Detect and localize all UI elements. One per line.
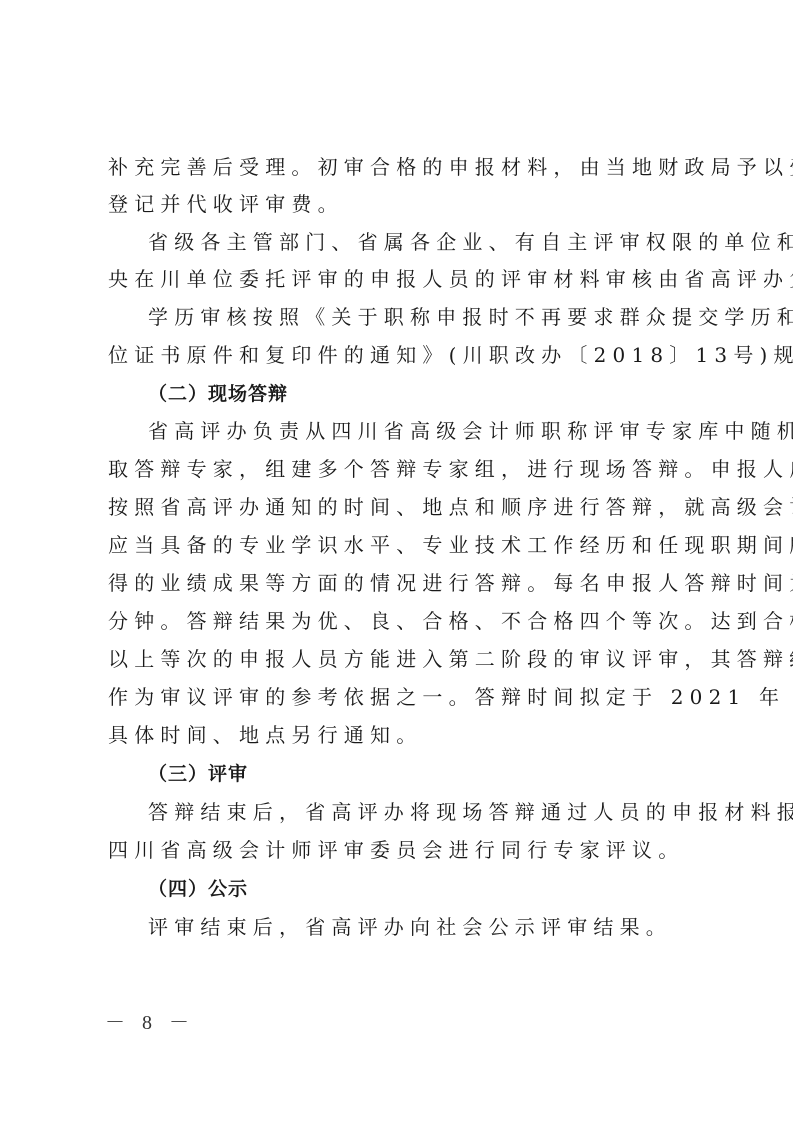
- document-page: 补充完善后受理。初审合格的申报材料，由当地财政局予以受理、 登记并代收评审费。 …: [0, 0, 793, 1123]
- paragraph-line: 补充完善后受理。初审合格的申报材料，由当地财政局予以受理、: [108, 155, 708, 179]
- paragraph-line: 取答辩专家，组建多个答辩专家组，进行现场答辩。申报人应当: [108, 457, 708, 481]
- section-heading: （四）公示: [148, 877, 748, 901]
- paragraph-line: 分钟。答辩结果为优、良、合格、不合格四个等次。达到合格及: [108, 609, 708, 633]
- paragraph-line: 位证书原件和复印件的通知》(川职改办〔2018〕13号)规定执行。: [108, 343, 708, 367]
- section-heading: （二）现场答辩: [148, 382, 748, 406]
- paragraph-line: 具体时间、地点另行通知。: [108, 723, 708, 747]
- paragraph-line: 按照省高评办通知的时间、地点和顺序进行答辩，就高级会计师: [108, 495, 708, 519]
- page-number: － 8 －: [105, 1006, 195, 1035]
- paragraph-line: 省级各主管部门、省属各企业、有自主评审权限的单位和中: [148, 230, 748, 254]
- paragraph-line: 登记并代收评审费。: [108, 192, 708, 216]
- paragraph-line: 应当具备的专业学识水平、专业技术工作经历和任现职期间所取: [108, 533, 708, 557]
- section-heading: （三）评审: [148, 762, 748, 786]
- paragraph-line: 四川省高级会计师评审委员会进行同行专家评议。: [108, 838, 708, 862]
- paragraph-line: 得的业绩成果等方面的情况进行答辩。每名申报人答辩时间为 15: [108, 571, 708, 595]
- paragraph-line: 以上等次的申报人员方能进入第二阶段的审议评审，其答辩结果: [108, 647, 708, 671]
- paragraph-line: 作为审议评审的参考依据之一。答辩时间拟定于 2021 年 4 月底，: [108, 685, 708, 709]
- paragraph-line: 评审结束后，省高评办向社会公示评审结果。: [148, 915, 748, 939]
- paragraph-line: 央在川单位委托评审的申报人员的评审材料审核由省高评办负责。: [108, 267, 708, 291]
- paragraph-line: 省高评办负责从四川省高级会计师职称评审专家库中随机抽: [148, 419, 748, 443]
- paragraph-line: 答辩结束后，省高评办将现场答辩通过人员的申报材料报送: [148, 800, 748, 824]
- paragraph-line: 学历审核按照《关于职称申报时不再要求群众提交学历和学: [148, 305, 748, 329]
